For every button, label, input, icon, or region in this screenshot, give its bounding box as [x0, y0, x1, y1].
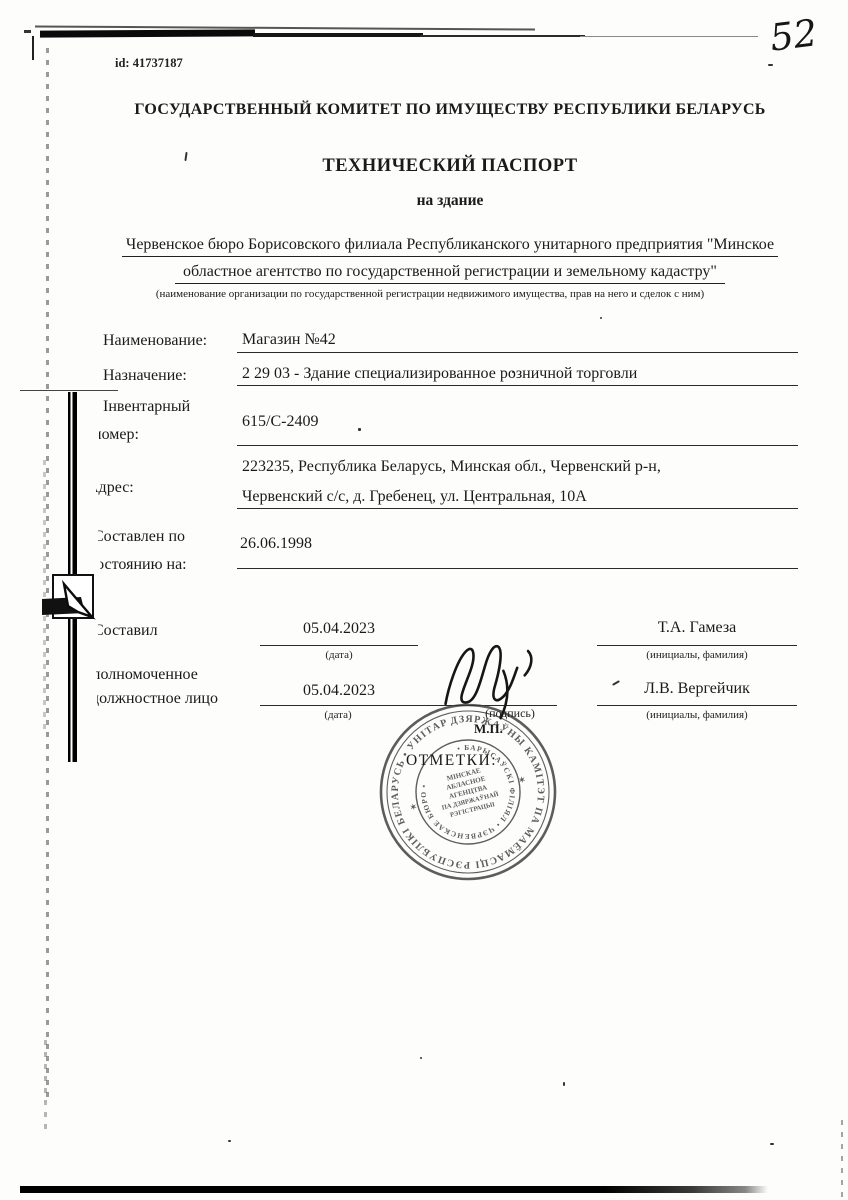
compiled-by-date-caption: (дата): [258, 649, 420, 661]
official-sign-caption: (подпись): [455, 706, 565, 721]
field-address-value-line1: 223235, Республика Беларусь, Минская обл…: [242, 457, 661, 477]
scan-top-edge-line-mid: [253, 33, 423, 37]
scan-speck: [420, 1057, 422, 1059]
scan-top-corner-tick: [32, 36, 34, 60]
organization-line-2-text: областное агентство по государственной р…: [175, 263, 725, 284]
organization-caption: (наименование организации по государстве…: [40, 288, 820, 300]
scan-left-line-fragment: [20, 390, 118, 391]
field-address-underline: [237, 508, 798, 509]
scan-left-noise-column-3: [44, 1040, 47, 1130]
scan-bottom-edge-line: [20, 1186, 768, 1193]
scan-speck: [770, 1143, 774, 1145]
compiled-by-date: 05.04.2023: [258, 619, 420, 639]
scan-speck: [563, 1082, 565, 1086]
official-name-caption: (инициалы, фамилия): [597, 709, 797, 721]
field-asof-label-line1-text: Составлен по: [98, 528, 185, 545]
compiled-by-name-caption: (инициалы, фамилия): [597, 649, 797, 661]
compiled-by-label: Составил: [98, 620, 268, 644]
document-title: ТЕХНИЧЕСКИЙ ПАСПОРТ: [60, 156, 840, 177]
official-label-line1-text: Уполномоченное: [96, 666, 198, 683]
official-label-line2-text: должностное лицо: [97, 690, 218, 707]
marks-section-label: ОТМЕТКИ:: [406, 752, 497, 770]
official-label-line1: Уполномоченное: [96, 664, 266, 688]
scan-top-corner-mark: [24, 30, 31, 33]
official-name: Л.В. Вергейчик: [597, 679, 797, 699]
field-asof-label-line2: состоянию на:: [100, 554, 270, 578]
compiled-by-name: Т.А. Гамеза: [597, 618, 797, 638]
handwritten-page-number: 52: [768, 11, 820, 59]
field-asof-value: 26.06.1998: [240, 534, 312, 554]
scan-arrow-sticker: [40, 570, 98, 628]
field-name-value: Магазин №42: [242, 330, 336, 350]
scan-speck: [768, 64, 773, 66]
compiled-by-date-underline: [260, 645, 418, 646]
field-name-underline: [237, 352, 798, 353]
scanned-document-page: 52 id: 41737187 ГОСУДАРСТВЕННЫЙ КОМИТЕТ …: [0, 0, 848, 1200]
seal-place-label: М.П.: [474, 721, 503, 737]
field-address-label-text: Адрес:: [96, 479, 134, 496]
field-asof-underline: [237, 568, 798, 569]
scan-top-edge-line-faint: [580, 36, 758, 37]
field-inventory-value: 615/С-2409: [242, 412, 318, 432]
organization-line-2: областное агентство по государственной р…: [60, 263, 840, 284]
scan-speck: [228, 1140, 231, 1142]
scan-right-edge-dashes: [841, 1120, 843, 1200]
field-asof-label-line2-text: состоянию на:: [100, 556, 187, 573]
stamp-star-right: ✶: [518, 775, 527, 785]
field-inventory-underline: [237, 445, 798, 446]
field-inventory-label-line1-text: Інвентарный: [103, 398, 190, 415]
official-name-underline: [597, 705, 797, 706]
committee-header: ГОСУДАРСТВЕННЫЙ КОМИТЕТ ПО ИМУЩЕСТВУ РЕС…: [60, 101, 840, 119]
compiled-by-name-underline: [597, 645, 797, 646]
scan-speck: [600, 317, 602, 319]
scan-top-edge-line-thin: [420, 35, 585, 37]
field-purpose-underline: [237, 385, 798, 386]
organization-line-1-text: Червенское бюро Борисовского филиала Рес…: [122, 236, 778, 257]
field-address-value-line2: Червенский с/с, д. Гребенец, ул. Централ…: [242, 487, 587, 507]
official-label-line2: должностное лицо: [97, 688, 267, 712]
scan-top-edge-line-thick: [40, 29, 255, 37]
field-purpose-label-text: Назначение:: [103, 367, 187, 384]
document-subtitle: на здание: [60, 192, 840, 210]
organization-line-1: Червенское бюро Борисовского филиала Рес…: [60, 236, 840, 257]
document-id: id: 41737187: [115, 56, 183, 71]
field-name-label-text: Наименование:: [103, 332, 207, 349]
field-inventory-label-line2-text: номер:: [99, 426, 139, 443]
scan-speck: [358, 428, 361, 431]
compiled-by-label-text: Составил: [98, 622, 158, 639]
official-date: 05.04.2023: [258, 681, 420, 701]
field-address-label: Адрес:: [96, 477, 266, 501]
field-purpose-value: 2 29 03 - Здание специализированное розн…: [242, 364, 637, 384]
